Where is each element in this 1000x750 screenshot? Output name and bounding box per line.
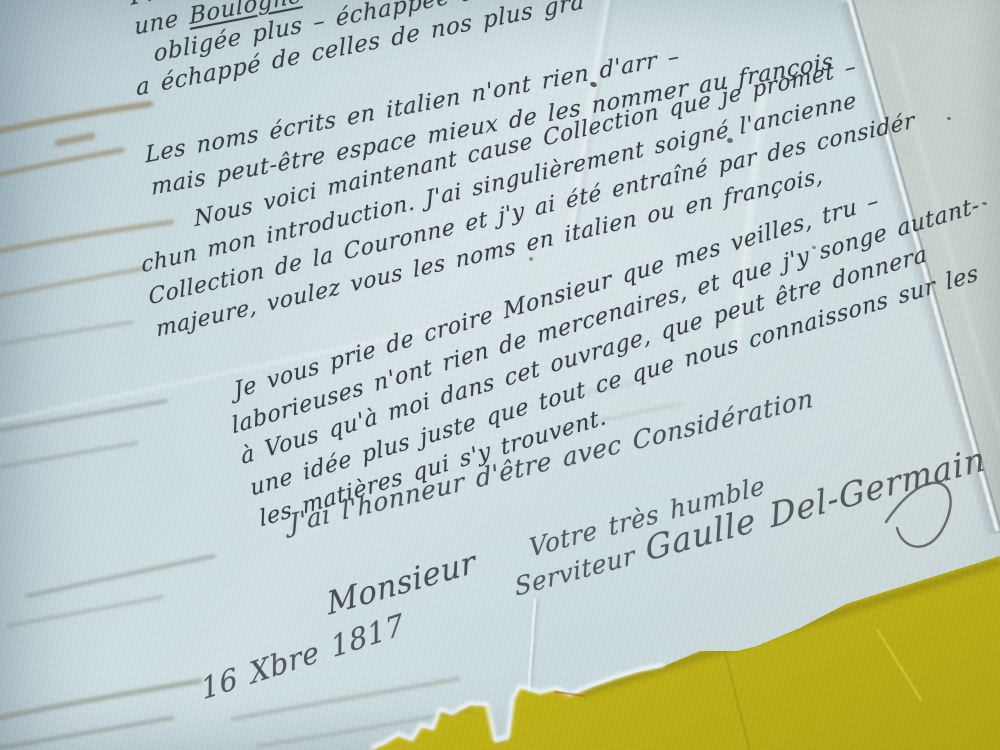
torn-edge-and-flourish: [0, 0, 1000, 750]
photo-of-letter: Prête une Boulogne obligée plus – échapp…: [0, 0, 1000, 750]
